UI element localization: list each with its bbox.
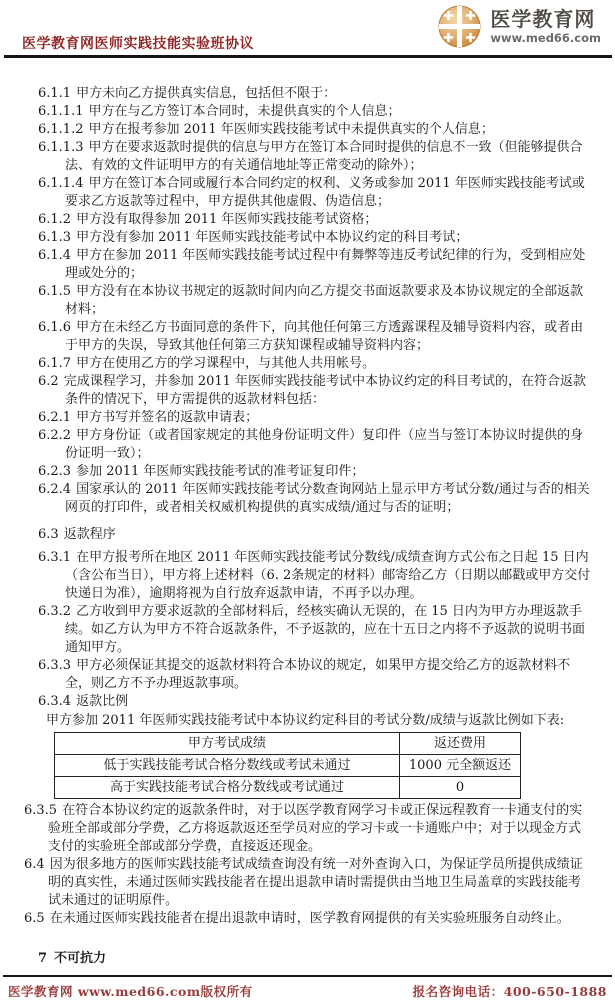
logo-site-url: www.med66.com — [490, 32, 601, 44]
clause-number: 6.5 — [24, 911, 45, 926]
med66-cross-icon — [438, 5, 481, 48]
clause-number: 6.4 — [24, 857, 45, 872]
section-7-heading: 7不可抗力 — [38, 950, 591, 968]
clause-number: 6.3.1 — [38, 550, 71, 565]
clause-number: 6.1.1.1 — [38, 104, 83, 119]
clause: 6.5在未通过医师实践技能者在提出退款申请时，医学教育网提供的有关实验班服务自动… — [24, 910, 591, 928]
footer-phone: 报名咨询电话：400-650-1888 — [413, 982, 607, 1000]
clause-number: 6.1.1.4 — [38, 176, 83, 191]
clause: 6.1.1.2甲方在报考参加 2011 年医师实践技能考试中未提供真实的个人信息… — [38, 121, 591, 139]
footer-copyright: 医学教育网 www.med66.com版权所有 — [8, 982, 253, 1000]
clause: 6.2.2甲方身份证（或者国家规定的其他身份证明文件）复印件（应当与签订本协议时… — [38, 427, 591, 463]
page-header: 医学教育网医师实践技能实验班协议 — [0, 0, 615, 58]
clause-text: 返款比例 — [76, 694, 128, 709]
clause: 6.1.5甲方没有在本协议书规定的返款时间内向乙方提交书面返款要求及本协议规定的… — [38, 283, 591, 319]
clause-list-lower: 6.3.5在符合本协议约定的返款条件时，对于以医学教育网学习卡或正保远程教育一卡… — [38, 802, 591, 928]
clause-number: 6.1.1 — [38, 86, 71, 101]
clause: 6.3返款程序 — [38, 526, 591, 544]
clause-text: 甲方未向乙方提供真实信息，包括但不限于： — [76, 86, 336, 101]
refund-table-header-row: 甲方考试成绩 返还费用 — [55, 733, 521, 755]
clause-text: 在甲方报考所在地区 2011 年医师实践技能考试分数线/成绩查询方式公布之日起 … — [65, 550, 590, 601]
clause: 6.1.1.1甲方在与乙方签订本合同时，未提供真实的个人信息； — [38, 103, 591, 121]
clause: 6.2完成课程学习，并参加 2011 年医师实践技能考试中本协议约定的科目考试的… — [38, 373, 591, 409]
clause: 6.1.1.4甲方在签订本合同或履行本合同约定的权利、义务或参加 2011 年医… — [38, 175, 591, 211]
clause: 6.3.5在符合本协议约定的返款条件时，对于以医学教育网学习卡或正保远程教育一卡… — [24, 802, 591, 856]
clause-text: 甲方在使用乙方的学习课程中，与其他人共用帐号。 — [76, 356, 375, 371]
clause-number: 6.1.2 — [38, 212, 71, 227]
footer-divider — [3, 975, 612, 977]
clause-number: 6.3.5 — [24, 803, 57, 818]
clause-number: 6.3.4 — [38, 694, 71, 709]
refund-table-intro: 甲方参加 2011 年医师实践技能考试中本协议约定科目的考试分数/成绩与返款比例… — [46, 712, 591, 730]
clause-text: 甲方在与乙方签订本合同时，未提供真实的个人信息； — [88, 104, 400, 119]
clause-text: 乙方收到甲方要求返款的全部材料后，经核实确认无误的，在 15 日内为甲方办理返款… — [65, 604, 585, 655]
refund-table-row: 低于实践技能考试合格分数线或考试未通过1000 元全额返还 — [55, 755, 521, 777]
logo-text-block: 医学教育网 www.med66.com — [490, 9, 601, 44]
refund-table-cell: 高于实践技能考试合格分数线或考试通过 — [55, 777, 400, 799]
clause: 6.1.7甲方在使用乙方的学习课程中，与其他人共用帐号。 — [38, 355, 591, 373]
clause-text: 完成课程学习，并参加 2011 年医师实践技能考试中本协议约定的科目考试的，在符… — [64, 374, 586, 407]
med66-logo: 医学教育网 www.med66.com — [438, 5, 601, 48]
clause-text: 甲方在要求返款时提供的信息与甲方在签订本合同时提供的信息不一致（但能够提供合法、… — [65, 140, 583, 173]
page-footer: 医学教育网 www.med66.com版权所有 报名咨询电话：400-650-1… — [8, 982, 607, 1000]
clause-number: 6.3.2 — [38, 604, 71, 619]
refund-table-cell: 1000 元全额返还 — [400, 755, 521, 777]
refund-table: 甲方考试成绩 返还费用 低于实践技能考试合格分数线或考试未通过1000 元全额返… — [54, 732, 521, 799]
clause-text: 参加 2011 年医师实践技能考试的准考证复印件； — [76, 464, 364, 479]
clause: 6.3.1在甲方报考所在地区 2011 年医师实践技能考试分数线/成绩查询方式公… — [38, 549, 591, 603]
clause: 6.1.6甲方在未经乙方书面同意的条件下，向其他任何第三方透露课程及辅导资料内容… — [38, 319, 591, 355]
clause-number: 6.3 — [38, 527, 59, 542]
clause-number: 6.2.3 — [38, 464, 71, 479]
clause: 6.3.4返款比例 — [38, 693, 591, 711]
clause-number: 6.2.2 — [38, 428, 71, 443]
clause: 6.1.1甲方未向乙方提供真实信息，包括但不限于： — [38, 85, 591, 103]
clause: 6.4因为很多地方的医师实践技能考试成绩查询没有统一对外查询入口，为保证学员所提… — [24, 856, 591, 910]
clause-number: 6.1.1.2 — [38, 122, 83, 137]
header-divider — [4, 55, 612, 58]
clause: 6.3.3甲方必须保证其提交的返款材料符合本协议的规定，如果甲方提交给乙方的返款… — [38, 657, 591, 693]
clause-number: 6.2 — [38, 374, 59, 389]
clause-text: 甲方身份证（或者国家规定的其他身份证明文件）复印件（应当与签订本协议时提供的身份… — [65, 428, 583, 461]
clause-text: 甲方在参加 2011 年医师实践技能考试过程中有舞弊等违反考试纪律的行为，受到相… — [65, 248, 585, 281]
clause-text: 返款程序 — [64, 527, 116, 542]
refund-table-cell: 0 — [400, 777, 521, 799]
refund-table-cell: 低于实践技能考试合格分数线或考试未通过 — [55, 755, 400, 777]
refund-table-header-score: 甲方考试成绩 — [55, 733, 400, 755]
document-title: 医学教育网医师实践技能实验班协议 — [22, 33, 254, 53]
clause-text: 甲方没有取得参加 2011 年医师实践技能考试资格； — [76, 212, 377, 227]
clause: 6.2.3参加 2011 年医师实践技能考试的准考证复印件； — [38, 463, 591, 481]
clause: 6.1.1.3甲方在要求返款时提供的信息与甲方在签订本合同时提供的信息不一致（但… — [38, 139, 591, 175]
clause-text: 在未通过医师实践技能者在提出退款申请时，医学教育网提供的有关实验班服务自动终止。 — [50, 911, 570, 926]
clause-number: 6.3.3 — [38, 658, 71, 673]
clause-number: 6.2.4 — [38, 482, 71, 497]
clause-text: 甲方在签订本合同或履行本合同约定的权利、义务或参加 2011 年医师实践技能考试… — [65, 176, 585, 209]
logo-site-name: 医学教育网 — [490, 9, 601, 30]
clause-text: 国家承认的 2011 年医师实践技能考试分数查询网站上显示甲方考试分数/通过与否… — [65, 482, 590, 515]
clause-text: 甲方书写并签名的返款申请表； — [76, 410, 258, 425]
clause-number: 6.1.4 — [38, 248, 71, 263]
clause-text: 在符合本协议约定的返款条件时，对于以医学教育网学习卡或正保远程教育一卡通支付的实… — [48, 803, 582, 854]
clause: 6.2.4国家承认的 2011 年医师实践技能考试分数查询网站上显示甲方考试分数… — [38, 481, 591, 517]
refund-table-body: 低于实践技能考试合格分数线或考试未通过1000 元全额返还高于实践技能考试合格分… — [55, 755, 521, 799]
clause-text: 甲方在报考参加 2011 年医师实践技能考试中未提供真实的个人信息； — [88, 122, 493, 137]
clause: 6.1.3甲方没有参加 2011 年医师实践技能考试中本协议约定的科目考试； — [38, 229, 591, 247]
clause: 6.3.2乙方收到甲方要求返款的全部材料后，经核实确认无误的，在 15 日内为甲… — [38, 603, 591, 657]
clause-number: 6.1.5 — [38, 284, 71, 299]
clause-text: 甲方没有参加 2011 年医师实践技能考试中本协议约定的科目考试； — [76, 230, 468, 245]
document-body: 6.1.1甲方未向乙方提供真实信息，包括但不限于： 6.1.1.1甲方在与乙方签… — [0, 58, 615, 968]
clause-list-upper: 6.1.1甲方未向乙方提供真实信息，包括但不限于： 6.1.1.1甲方在与乙方签… — [38, 85, 591, 711]
clause-number: 6.1.6 — [38, 320, 71, 335]
refund-table-row: 高于实践技能考试合格分数线或考试通过0 — [55, 777, 521, 799]
clause-text: 甲方必须保证其提交的返款材料符合本协议的规定，如果甲方提交给乙方的返款材料不全，… — [65, 658, 570, 691]
section-7-number: 7 — [38, 951, 47, 966]
clause-number: 6.1.1.3 — [38, 140, 83, 155]
clause-text: 因为很多地方的医师实践技能考试成绩查询没有统一对外查询入口，为保证学员所提供成绩… — [48, 857, 583, 908]
clause-text: 甲方没有在本协议书规定的返款时间内向乙方提交书面返款要求及本协议规定的全部返款材… — [65, 284, 583, 317]
refund-table-header-fee: 返还费用 — [400, 733, 521, 755]
clause: 6.2.1甲方书写并签名的返款申请表； — [38, 409, 591, 427]
clause-number: 6.1.3 — [38, 230, 71, 245]
clause-text: 甲方在未经乙方书面同意的条件下，向其他任何第三方透露课程及辅导资料内容，或者由于… — [65, 320, 583, 353]
section-7-title: 不可抗力 — [54, 951, 106, 966]
clause-number: 6.2.1 — [38, 410, 71, 425]
clause: 6.1.2甲方没有取得参加 2011 年医师实践技能考试资格； — [38, 211, 591, 229]
clause: 6.1.4甲方在参加 2011 年医师实践技能考试过程中有舞弊等违反考试纪律的行… — [38, 247, 591, 283]
clause-number: 6.1.7 — [38, 356, 71, 371]
